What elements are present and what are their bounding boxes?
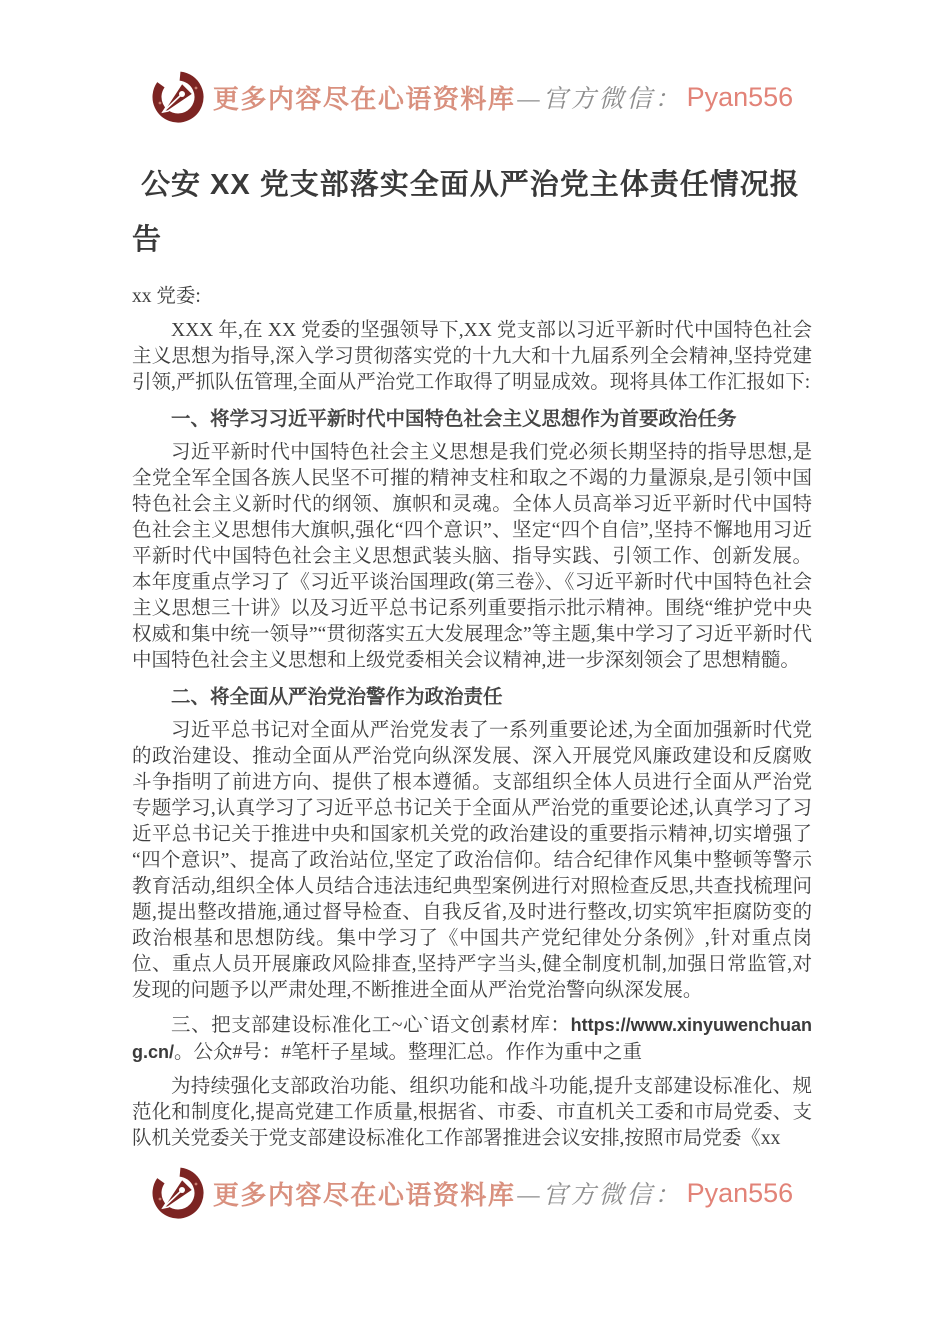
- pen-logo-icon: [151, 1166, 205, 1220]
- banner-wechat-id: Pyan556: [687, 1178, 794, 1209]
- header-banner: 更多内容尽在心语资料库 —官方微信： Pyan556: [132, 0, 812, 124]
- banner-wechat-id: Pyan556: [687, 82, 794, 113]
- section-3-post-text: 。公众#号：#笔杆子星域。整理汇总。作作为重中之重: [174, 1042, 642, 1063]
- pen-logo-icon: [151, 70, 205, 124]
- document-page: 更多内容尽在心语资料库 —官方微信： Pyan556 公安 XX 党支部落实全面…: [0, 0, 950, 1344]
- section-heading-1: 一、将学习习近平新时代中国特色社会主义思想作为首要政治任务: [132, 406, 812, 432]
- salutation: xx 党委:: [132, 284, 812, 310]
- page-title: 公安 XX 党支部落实全面从严治党主体责任情况报告: [132, 158, 812, 268]
- paragraph-intro: XXX 年,在 XX 党委的坚强领导下,XX 党支部以习近平新时代中国特色社会主…: [132, 318, 812, 396]
- paragraph-section-2: 习近平总书记对全面从严治党发表了一系列重要论述,为全面加强新时代党的政治建设、推…: [132, 718, 812, 1004]
- paragraph-section-3-body: 为持续强化支部政治功能、组织功能和战斗功能,提升支部建设标准化、规范化和制度化,…: [132, 1074, 812, 1152]
- paragraph-section-1: 习近平新时代中国特色社会主义思想是我们党必须长期坚持的指导思想,是全党全军全国各…: [132, 440, 812, 674]
- banner-text: 更多内容尽在心语资料库: [213, 79, 516, 116]
- section-3-pre-text: 三、把支部建设标准化工~心`语文创素材库：: [171, 1015, 571, 1036]
- section-heading-2: 二、将全面从严治党治警作为政治责任: [132, 684, 812, 710]
- banner-wechat-label: —官方微信：: [517, 79, 682, 115]
- banner-text: 更多内容尽在心语资料库: [213, 1175, 516, 1212]
- paragraph-section-3-lead: 三、把支部建设标准化工~心`语文创素材库：https://www.xinyuwe…: [132, 1012, 812, 1066]
- footer-banner: 更多内容尽在心语资料库 —官方微信： Pyan556: [132, 1166, 812, 1220]
- banner-wechat-label: —官方微信：: [517, 1175, 682, 1211]
